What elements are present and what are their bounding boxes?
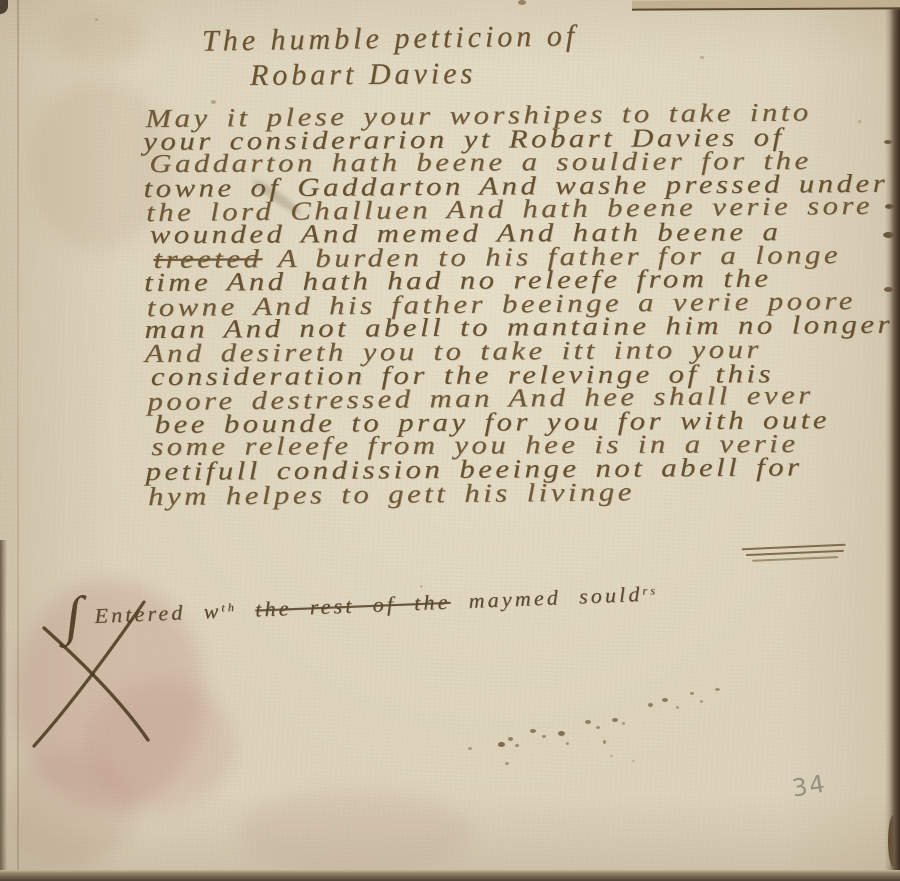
ink-show-through-spot xyxy=(558,731,565,736)
manuscript-line: May it plese your worshipes to take into xyxy=(145,100,891,131)
ink-show-through-spot xyxy=(715,688,720,691)
endorsement-text: Entered wth the rest of the maymed sould… xyxy=(94,581,659,629)
text-segment: wounded And memed And hath beene a xyxy=(150,217,782,249)
ink-show-through-spot xyxy=(542,735,546,738)
margin-cross-mark xyxy=(24,594,166,756)
foxing-spot xyxy=(610,755,613,757)
ink-show-through-spot xyxy=(603,740,606,744)
corner-mark xyxy=(0,0,8,14)
paper-crease xyxy=(17,0,19,881)
closing-flourish-lines xyxy=(742,544,847,567)
struck-word: the rest of the xyxy=(255,590,451,622)
foxing-spot xyxy=(700,56,704,59)
manuscript-scan: The humble petticion of Robart Davies Ma… xyxy=(0,0,900,881)
ink-show-through-spot xyxy=(505,762,509,765)
ink-show-through-spot xyxy=(648,703,653,707)
pink-stain xyxy=(240,788,470,878)
foxing-spot xyxy=(518,0,526,5)
text-segment: some releefe from you hee is in a verie xyxy=(151,429,798,461)
foxing-spot xyxy=(858,120,861,123)
foxing-spot xyxy=(632,760,635,762)
ink-show-through-spot xyxy=(566,742,569,745)
text-segment: rs xyxy=(642,585,658,598)
ink-show-through-spot xyxy=(612,718,618,722)
petition-body-text: May it plese your worshipes to take into… xyxy=(143,101,894,507)
manuscript-line: Gaddarton hath beene a souldier for the xyxy=(149,149,892,176)
ink-show-through-spot xyxy=(508,737,513,741)
petition-title-line-1: The humble petticion of xyxy=(202,19,579,58)
ink-show-through-spot xyxy=(662,698,668,702)
foxing-spot xyxy=(420,585,423,588)
ink-show-through-spot xyxy=(498,742,505,747)
pink-stain xyxy=(4,752,134,867)
page-edge-right xyxy=(885,0,900,881)
adjacent-sheet-edge xyxy=(632,0,900,11)
text-segment: hym helpes to gett his livinge xyxy=(148,477,635,511)
text-segment xyxy=(237,598,256,623)
manuscript-line: wounded And memed And hath beene a xyxy=(150,220,893,247)
foxing-spot xyxy=(95,18,98,21)
ink-show-through-spot xyxy=(530,729,536,733)
page-edge-left xyxy=(0,540,7,881)
petition-title-line-2: Robart Davies xyxy=(250,57,476,93)
ink-show-through-spot xyxy=(690,692,694,695)
paper-stain xyxy=(55,8,145,68)
foxing-spot xyxy=(211,100,216,104)
ink-show-through-spot xyxy=(515,744,519,747)
text-segment: Gaddarton hath beene a souldier for the xyxy=(149,146,811,178)
ink-show-through-spot xyxy=(622,722,625,725)
manuscript-line: towne And his father beeinge a verie poo… xyxy=(147,288,893,319)
manuscript-line: some releefe from you hee is in a verie xyxy=(151,432,894,459)
ink-show-through-spot xyxy=(585,720,591,724)
ink-show-through-spot xyxy=(676,706,679,709)
ink-show-through-spot xyxy=(468,747,472,750)
text-segment: th xyxy=(221,602,237,615)
text-segment: maymed sould xyxy=(450,582,643,614)
pencil-folio-number: 34 xyxy=(790,769,829,802)
ink-show-through-spot xyxy=(596,726,600,729)
ink-show-through-spot xyxy=(700,700,703,703)
manuscript-line: poore destressed man And hee shall ever xyxy=(147,383,893,414)
page-edge-bottom xyxy=(0,870,900,881)
manuscript-line: hym helpes to gett his livinge xyxy=(148,477,894,508)
